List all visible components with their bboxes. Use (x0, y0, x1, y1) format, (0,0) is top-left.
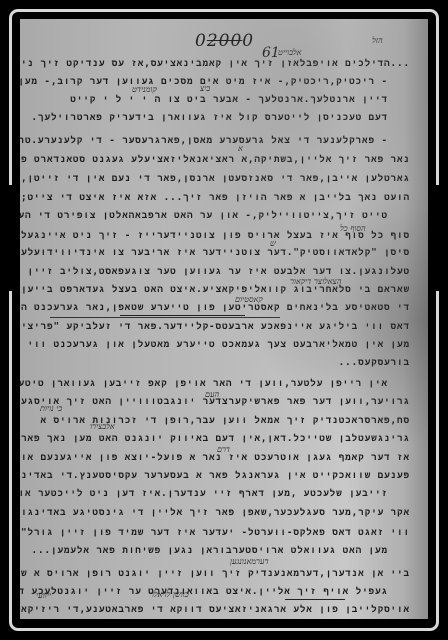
text-line: ביי אן אנדערן,דערמאנענדיק זיך ווען זיין … (20, 568, 410, 580)
handwritten-annotation: ש (270, 239, 276, 248)
text-line: זייבען שלעכטע ,מען דארף זיי ענדערן.איז ד… (20, 488, 388, 500)
handwritten-annotation: כוושן לויאלר (150, 590, 189, 599)
text-line: ווי זאגט דאס פאלקס-ווערטל- יעדער איז דער… (20, 527, 410, 539)
text-line: טייט זיך,צייטווייליק,- און ער האט ארפבאה… (20, 210, 388, 222)
handwritten-annotation: כי נויות (40, 404, 62, 413)
text-line: גארטלען אייבן,פאר די סאנזסעטן ארנסן,פאר … (20, 173, 410, 185)
text-line: בורעסקעס... (339, 357, 410, 369)
text-line: מען אין טמאליארבעט צעך געמאכט טייערע מאט… (20, 339, 410, 351)
text-line: סיסן "קלאדאווסטיק".דער צוטניידער איז ארי… (20, 247, 410, 259)
strikethrough-mark (120, 315, 245, 316)
handwritten-annotation: הצאלוצר דיקאור (290, 277, 341, 286)
handwritten-annotation: אלבוייט (278, 48, 301, 57)
text-line: נאר פאר זיך אליין,בשתיקה,א ראציאנאליזאצי… (20, 154, 410, 166)
text-line: אקר עיקר,מער סעגלעכער,שאפן פאר זיך אליין… (20, 507, 410, 519)
text-line: די סטאטיסע בלינאחים קאסטריטען פון טייערע… (20, 302, 410, 314)
text-line: פענעם שוואכקייט אין געראנגל פאר א בעסערע… (20, 470, 410, 482)
handwritten-annotation: ביצ (200, 84, 210, 93)
text-line: ...הדילכים אויפבלאזן זיך אין קאמבינאציעס… (20, 58, 410, 70)
text-line: דאס ווי ביליגע איינפאכע ארבעטס-קליידער.פ… (20, 321, 410, 333)
strikethrough-mark (285, 599, 345, 600)
text-line: הועט נאך בלייבן א פאר הויזן פאר זיך... א… (20, 192, 410, 204)
frame-bottom-edge (40, 628, 410, 631)
handwritten-annotation: קומנידט (132, 85, 157, 94)
text-line: אין רייפן עלטער,ווען די האר אויפן קאפ זי… (20, 378, 388, 390)
handwritten-annotation: אלבצירו (90, 422, 115, 431)
handwritten-annotation: א (238, 144, 243, 153)
handwritten-annotation: דרם (217, 445, 230, 454)
text-line: דעם טעכניסן לייטערס קול איז געווארן בידע… (32, 112, 389, 124)
handwritten-annotation: העם (205, 390, 219, 399)
text-line: אויסקלייבן פון אלע ארגאניזאציעס דווקא די… (20, 604, 410, 616)
text-line: געפיל אויף זיך אליין.איצט באוואונדערט ער… (20, 586, 388, 598)
text-line: שאראם בי סלאחריבוג קוואליפיקאציע.איצט הא… (20, 284, 410, 296)
handwritten-annotation: ייוועי (36, 591, 51, 600)
handwritten-annotation: קאסטיום (235, 295, 263, 304)
handwritten-annotation: דערמאנונגען (230, 557, 269, 566)
text-line: טעלונגען.צו דער אלבעט איז ער געווען טער … (20, 266, 410, 278)
handwritten-annotation: הסוף כל (340, 224, 366, 233)
handwritten-annotation: הזל (372, 36, 383, 45)
underline-mark (50, 317, 280, 318)
text-line: דיין ארנטלעך.ארנטלעך - אבער ביט צו ה י י… (70, 94, 388, 106)
text-line: גרינגשעטלבן שטייכל.דאן,אין דעם באיווק יו… (20, 433, 410, 445)
text-line: מען האט געוואלט ארויסטערבוראן נגען פשיחו… (31, 545, 388, 557)
text-line: - פארקלענער די צאל גרעסערע מאסן,פארגרעסע… (20, 135, 388, 147)
text-line: אז דער קאמף געגן אוטרעכט איז נאר א פועל-… (20, 452, 410, 464)
document-page: 02000 61 ...הדילכים אויפבלאזן זיך אין קא… (20, 19, 428, 619)
frame-top-edge (40, 9, 410, 12)
typewritten-text-block: ...הדילכים אויפבלאזן זיך אין קאמבינאציעס… (20, 19, 428, 619)
